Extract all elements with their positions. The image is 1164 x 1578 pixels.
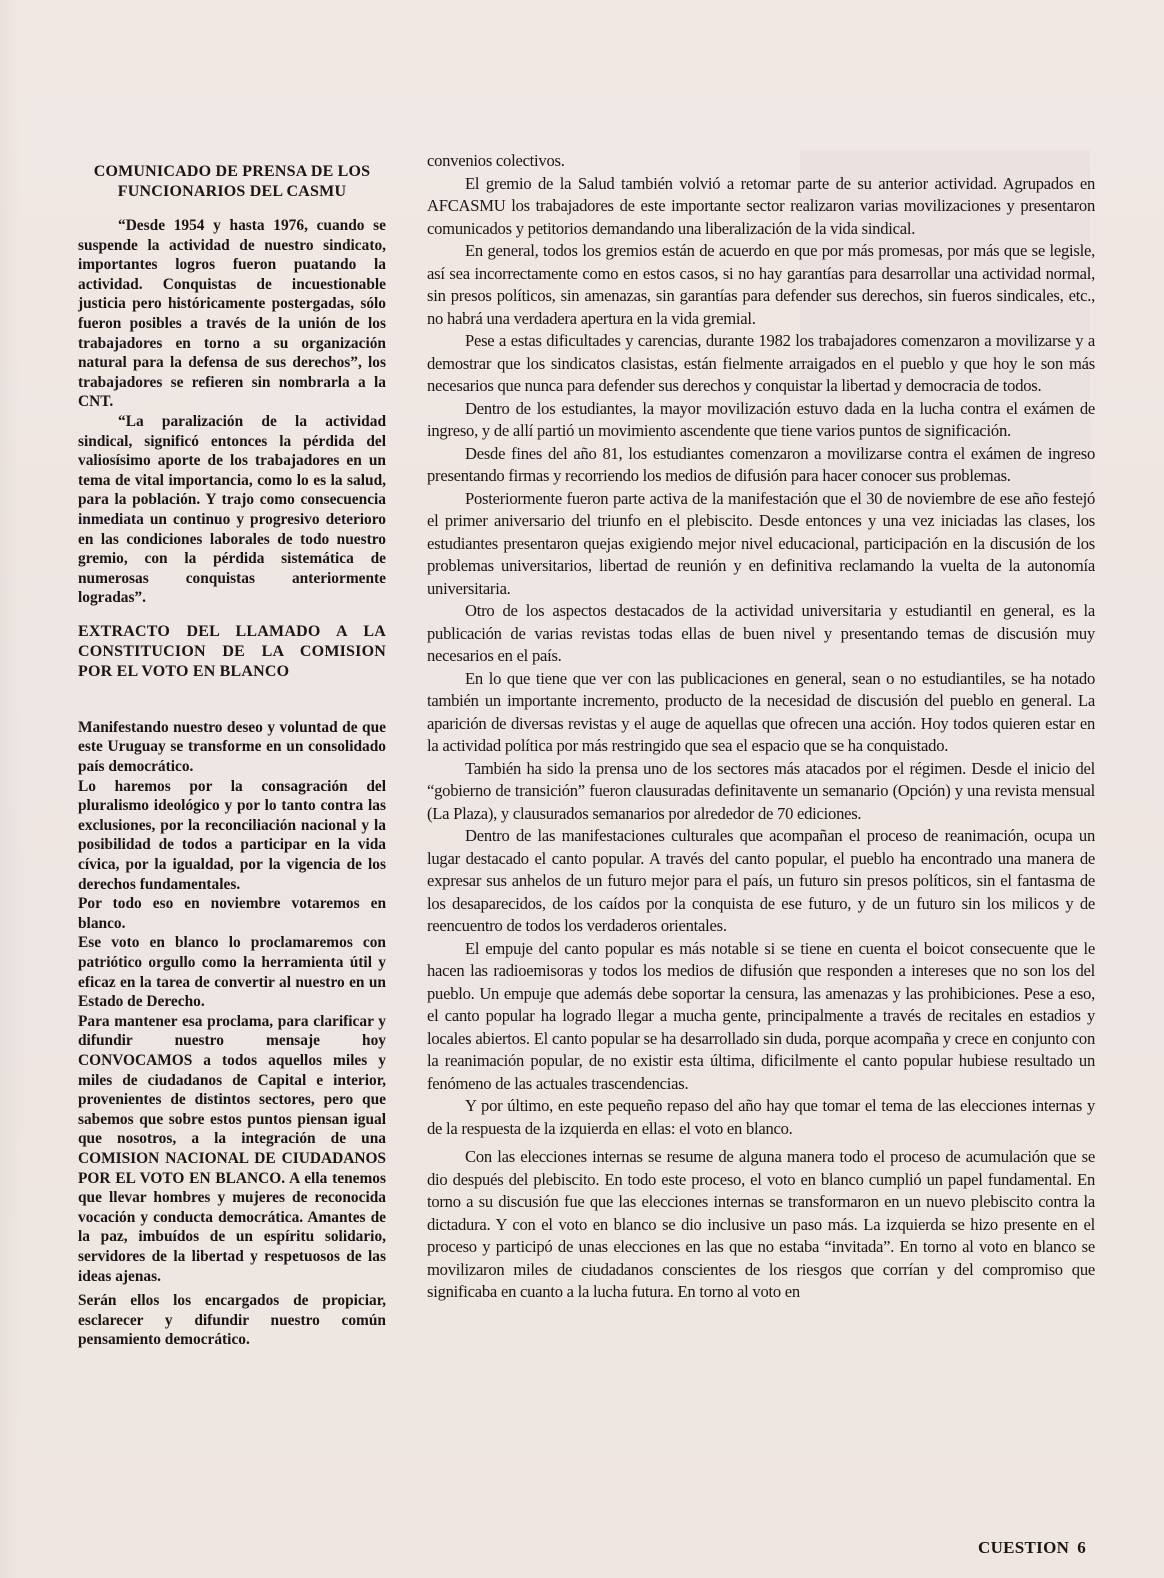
- body-paragraph: convenios colectivos.: [427, 150, 1095, 173]
- body-paragraph: Dentro de las manifestaciones culturales…: [427, 825, 1095, 938]
- call-extract-heading: EXTRACTO DEL LLAMADO A LA CONSTITUCION D…: [78, 622, 386, 682]
- body-paragraph: En general, todos los gremios están de a…: [427, 240, 1095, 330]
- body-paragraph: Posteriormente fueron parte activa de la…: [427, 488, 1095, 601]
- body-paragraph: Pese a estas dificultades y carencias, d…: [427, 330, 1095, 398]
- call-extract-paragraph: Por todo eso en noviembre votaremos en b…: [78, 894, 386, 933]
- press-release-heading: COMUNICADO DE PRENSA DE LOS FUNCIONARIOS…: [78, 162, 386, 202]
- body-paragraph: Y por último, en este pequeño repaso del…: [427, 1095, 1095, 1140]
- body-paragraph: Desde fines del año 81, los estudiantes …: [427, 443, 1095, 488]
- magazine-page: COMUNICADO DE PRENSA DE LOS FUNCIONARIOS…: [0, 0, 1164, 1578]
- call-extract-paragraph: Manifestando nuestro deseo y voluntad de…: [78, 718, 386, 777]
- left-column: COMUNICADO DE PRENSA DE LOS FUNCIONARIOS…: [78, 162, 386, 1350]
- body-paragraph: Dentro de los estudiantes, la mayor movi…: [427, 398, 1095, 443]
- call-extract-paragraph: Serán ellos los encargados de propiciar,…: [78, 1291, 386, 1350]
- body-paragraph: El empuje del canto popular es más notab…: [427, 938, 1095, 1096]
- body-paragraph: En lo que tiene que ver con las publicac…: [427, 668, 1095, 758]
- body-paragraph: También ha sido la prensa uno de los sec…: [427, 758, 1095, 826]
- page-number: 6: [1077, 1538, 1086, 1557]
- page-footer: CUESTION6: [978, 1538, 1086, 1558]
- body-paragraph: Con las elecciones internas se resume de…: [427, 1146, 1095, 1304]
- press-release-paragraph: “Desde 1954 y hasta 1976, cuando se susp…: [78, 216, 386, 412]
- call-extract-paragraph: Lo haremos por la consagración del plura…: [78, 777, 386, 895]
- call-extract-paragraph: Ese voto en blanco lo proclamaremos con …: [78, 933, 386, 1011]
- body-paragraph: El gremio de la Salud también volvió a r…: [427, 173, 1095, 241]
- publication-name: CUESTION: [978, 1538, 1069, 1557]
- right-column: convenios colectivos. El gremio de la Sa…: [427, 150, 1095, 1304]
- body-paragraph: Otro de los aspectos destacados de la ac…: [427, 600, 1095, 668]
- press-release-paragraph: “La paralización de la actividad sindica…: [78, 412, 386, 608]
- call-extract-paragraph: Para mantener esa proclama, para clarifi…: [78, 1012, 386, 1286]
